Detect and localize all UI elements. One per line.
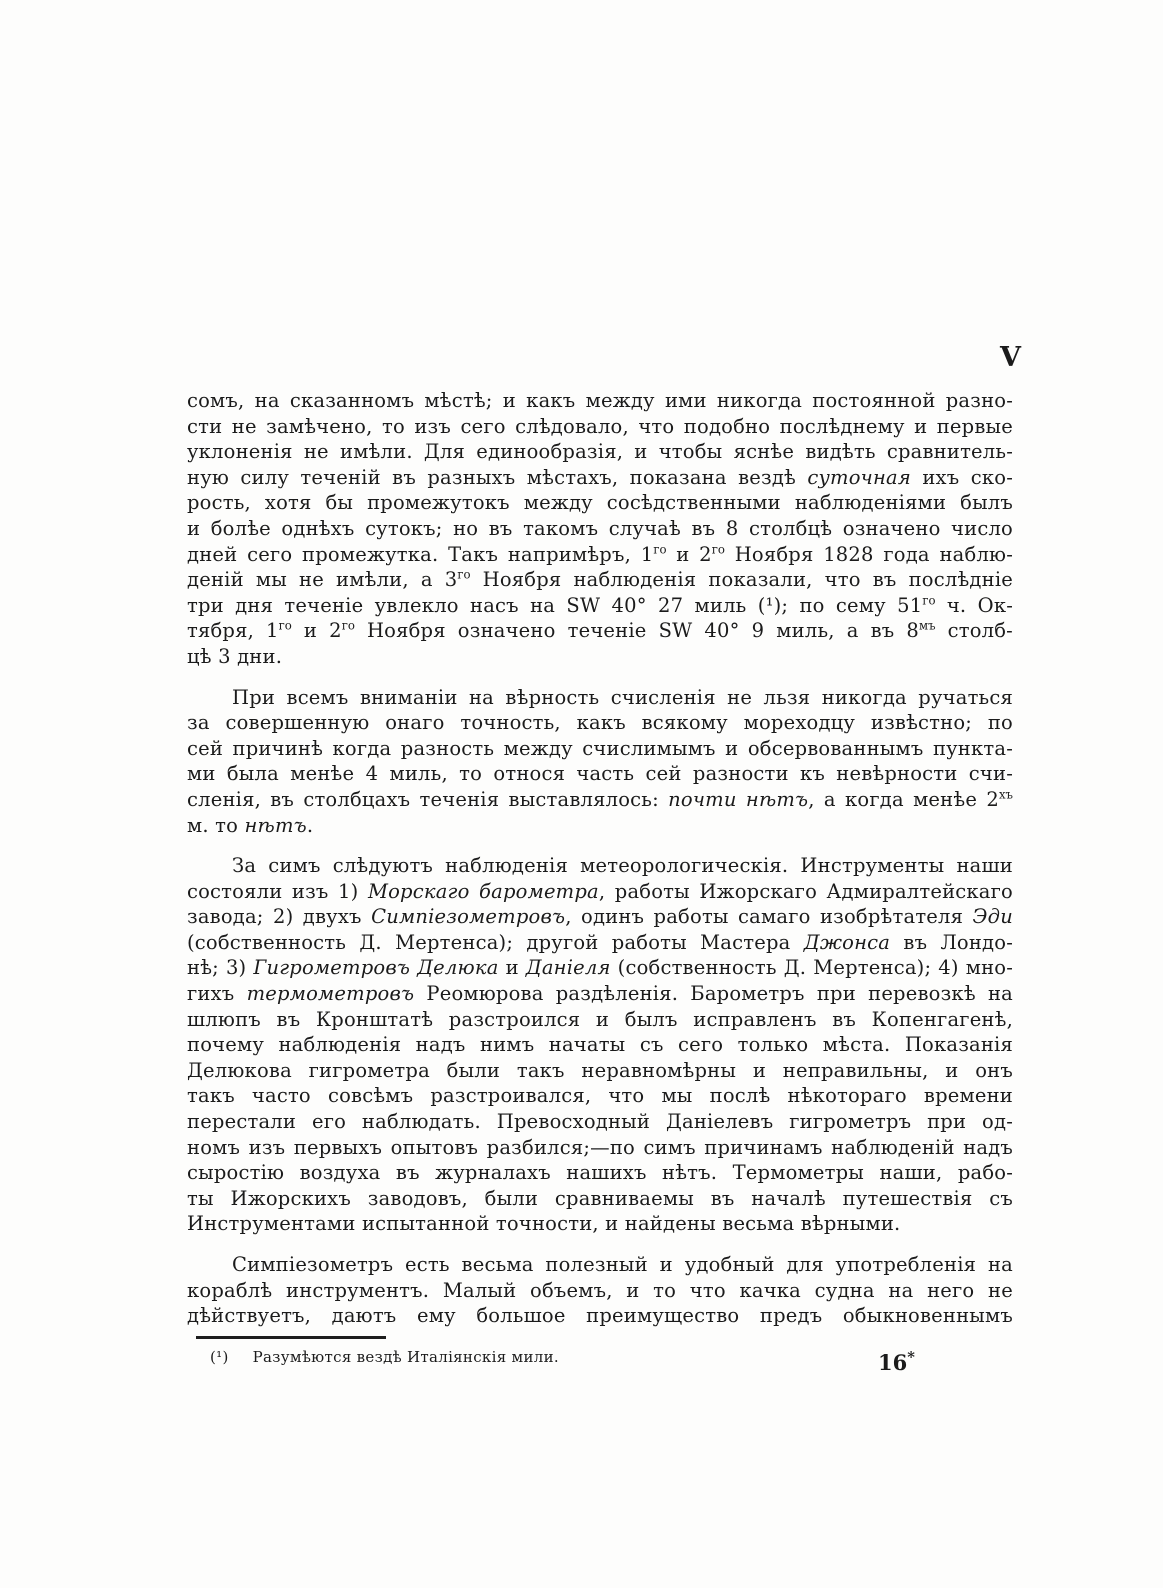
text-line: ты Ижорскихъ заводовъ, были сравниваемы … (187, 1186, 1013, 1212)
text-run: три дня теченіе увлекло насъ на SW 40° 2… (187, 594, 922, 617)
text-line: ную силу теченій въ разныхъ мѣстахъ, пок… (187, 465, 1013, 491)
text-line: тября, 1го и 2го Ноября означено теченіе… (187, 618, 1013, 644)
text-line: перестали его наблюдать. Превосходный Да… (187, 1109, 1013, 1135)
text-run: и болѣе однѣхъ сутокъ; но въ такомъ случ… (187, 517, 1013, 540)
text-run: такъ часто совсѣмъ разстроивался, что мы… (187, 1084, 1013, 1107)
italic-run: Даніеля (526, 956, 611, 979)
text-run: завода; 2) двухъ (187, 905, 371, 928)
text-line: номъ изъ первыхъ опытовъ разбился;—по си… (187, 1135, 1013, 1161)
text-line: м. то нѣтъ. (187, 813, 1013, 839)
text-line: уклоненія не имѣли. Для единообразія, и … (187, 439, 1013, 465)
text-run: и 2 (292, 619, 342, 642)
text-line: сти не замѣчено, то изъ сего слѣдовало, … (187, 414, 1013, 440)
text-run: При всемъ вниманіи на вѣрность счисленія… (232, 686, 1013, 709)
italic-run: термометровъ (247, 982, 415, 1005)
text-run: Инструментами испытанной точности, и най… (187, 1212, 900, 1235)
text-line: сыростію воздуха въ журналахъ нашихъ нѣт… (187, 1160, 1013, 1186)
text-run: и (499, 956, 526, 979)
text-run: ми была менѣе 4 миль, то относя часть се… (187, 762, 1013, 785)
text-line: такъ часто совсѣмъ разстроивался, что мы… (187, 1083, 1013, 1109)
text-line: дѣйствуетъ, даютъ ему большое преимущест… (187, 1303, 1013, 1329)
text-line: При всемъ вниманіи на вѣрность счисленія… (187, 685, 1013, 711)
text-run: Ноября наблюденія показали, что въ послѣ… (471, 568, 1013, 591)
italic-run: почти нѣтъ (668, 788, 808, 811)
paragraph: За симъ слѣдуютъ наблюденія метеорологич… (187, 853, 1013, 1237)
text-run: нѣ; 3) (187, 956, 253, 979)
italic-run: Гигрометровъ Делюка (253, 956, 498, 979)
superscript-run: мъ (919, 619, 936, 633)
text-run: Ноября 1828 года наблю- (725, 543, 1013, 566)
text-line: сленія, въ столбцахъ теченія выставлялос… (187, 787, 1013, 813)
scanned-book-page: V сомъ, на сказанномъ мѣстѣ; и какъ межд… (0, 0, 1163, 1588)
superscript-run: го (922, 593, 935, 607)
text-run: . (307, 814, 313, 837)
text-run: столб- (936, 619, 1013, 642)
text-run: ную силу теченій въ разныхъ мѣстахъ, пок… (187, 466, 807, 489)
text-line: рость, хотя бы промежутокъ между сосѣдст… (187, 490, 1013, 516)
paragraph: При всемъ вниманіи на вѣрность счисленія… (187, 685, 1013, 839)
text-run: гихъ (187, 982, 247, 1005)
text-line: За симъ слѣдуютъ наблюденія метеорологич… (187, 853, 1013, 879)
text-run: сленія, въ столбцахъ теченія выставлялос… (187, 788, 668, 811)
page-number: V (1000, 342, 1022, 373)
text-line: ми была менѣе 4 миль, то относя часть се… (187, 761, 1013, 787)
text-run: тября, 1 (187, 619, 279, 642)
superscript-run: го (279, 619, 292, 633)
footnote-marker: (¹) (210, 1348, 229, 1366)
text-run: дней сего промежутка. Такъ напримѣръ, 1 (187, 543, 653, 566)
italic-run: нѣтъ (245, 814, 307, 837)
text-run: дѣйствуетъ, даютъ ему большое преимущест… (187, 1304, 1013, 1327)
text-run: перестали его наблюдать. Превосходный Да… (187, 1110, 1013, 1133)
italic-run: Джонса (804, 931, 890, 954)
superscript-run: хъ (999, 787, 1013, 801)
text-run: , а когда менѣе 2 (808, 788, 999, 811)
text-run: ихъ ско- (911, 466, 1013, 489)
text-line: состояли изъ 1) Морскаго барометра, рабо… (187, 879, 1013, 905)
text-run: шлюпъ въ Кронштатѣ разстроился и былъ ис… (187, 1008, 1013, 1031)
text-line: и болѣе однѣхъ сутокъ; но въ такомъ случ… (187, 516, 1013, 542)
text-line: кораблѣ инструментъ. Малый объемъ, и то … (187, 1278, 1013, 1304)
text-line: три дня теченіе увлекло насъ на SW 40° 2… (187, 593, 1013, 619)
text-run: За симъ слѣдуютъ наблюденія метеорологич… (232, 854, 1013, 877)
footnote-text: Разумѣются вездѣ Италіянскія мили. (253, 1348, 559, 1366)
text-run: сти не замѣчено, то изъ сего слѣдовало, … (187, 415, 1013, 438)
text-run: въ Лондо- (890, 931, 1013, 954)
text-line: шлюпъ въ Кронштатѣ разстроился и былъ ис… (187, 1007, 1013, 1033)
text-line: завода; 2) двухъ Симпіезометровъ, одинъ … (187, 904, 1013, 930)
text-run: и 2 (667, 543, 712, 566)
text-run: рость, хотя бы промежутокъ между сосѣдст… (187, 491, 1013, 514)
footnote: (¹)Разумѣются вездѣ Италіянскія мили. (210, 1348, 559, 1366)
text-run: кораблѣ инструментъ. Малый объемъ, и то … (187, 1279, 1013, 1302)
text-line: сомъ, на сказанномъ мѣстѣ; и какъ между … (187, 388, 1013, 414)
text-line: гихъ термометровъ Реомюрова раздѣленія. … (187, 981, 1013, 1007)
italic-run: Эди (973, 905, 1013, 928)
superscript-run: го (712, 542, 725, 556)
text-run: ты Ижорскихъ заводовъ, были сравниваемы … (187, 1187, 1013, 1210)
text-run: (собственность Д. Мертенса); 4) мно- (611, 956, 1013, 979)
text-run: , одинъ работы самаго изобрѣтателя (565, 905, 972, 928)
text-line: (собственность Д. Мертенса); другой рабо… (187, 930, 1013, 956)
text-run: сей причинѣ когда разность между счислим… (187, 737, 1013, 760)
italic-run: Морскаго барометра (368, 880, 599, 903)
paragraph: сомъ, на сказанномъ мѣстѣ; и какъ между … (187, 388, 1013, 670)
text-run: м. то (187, 814, 245, 837)
text-line: Инструментами испытанной точности, и най… (187, 1211, 1013, 1237)
text-line: цѣ 3 дни. (187, 644, 1013, 670)
text-run: номъ изъ первыхъ опытовъ разбился;—по си… (187, 1136, 1013, 1159)
text-run: сыростію воздуха въ журналахъ нашихъ нѣт… (187, 1161, 1013, 1184)
signature-mark: 16* (878, 1350, 915, 1375)
signature-star: * (907, 1349, 915, 1366)
text-run: деній мы не имѣли, а 3 (187, 568, 457, 591)
footnote-separator-rule (196, 1336, 386, 1339)
superscript-run: го (457, 568, 470, 582)
superscript-run: го (653, 542, 666, 556)
text-run: Симпіезометръ есть весьма полезный и удо… (232, 1253, 1013, 1276)
text-line: дней сего промежутка. Такъ напримѣръ, 1г… (187, 542, 1013, 568)
text-run: почему наблюденія надъ нимъ начаты съ се… (187, 1033, 1013, 1056)
text-run: за совершенную онаго точность, какъ всяк… (187, 711, 1013, 734)
text-line: Делюкова гигрометра были такъ неравномѣр… (187, 1058, 1013, 1084)
text-run: (собственность Д. Мертенса); другой рабо… (187, 931, 804, 954)
text-line: Симпіезометръ есть весьма полезный и удо… (187, 1252, 1013, 1278)
text-run: , работы Ижорскаго Адмиралтейскаго (599, 880, 1013, 903)
text-line: нѣ; 3) Гигрометровъ Делюка и Даніеля (со… (187, 955, 1013, 981)
text-line: почему наблюденія надъ нимъ начаты съ се… (187, 1032, 1013, 1058)
text-run: ч. Ок- (936, 594, 1013, 617)
text-run: состояли изъ 1) (187, 880, 368, 903)
italic-run: Симпіезометровъ (371, 905, 565, 928)
text-run: уклоненія не имѣли. Для единообразія, и … (187, 440, 1013, 463)
text-run: Делюкова гигрометра были такъ неравномѣр… (187, 1059, 1013, 1082)
text-line: сей причинѣ когда разность между счислим… (187, 736, 1013, 762)
italic-run: суточная (807, 466, 911, 489)
superscript-run: го (342, 619, 355, 633)
signature-number: 16 (878, 1350, 907, 1375)
paragraph: Симпіезометръ есть весьма полезный и удо… (187, 1252, 1013, 1329)
text-line: за совершенную онаго точность, какъ всяк… (187, 710, 1013, 736)
text-run: сомъ, на сказанномъ мѣстѣ; и какъ между … (187, 389, 1013, 412)
text-run: цѣ 3 дни. (187, 645, 282, 668)
text-run: Реомюрова раздѣленія. Барометръ при пере… (414, 982, 1013, 1005)
text-line: деній мы не имѣли, а 3го Ноября наблюден… (187, 567, 1013, 593)
text-block: сомъ, на сказанномъ мѣстѣ; и какъ между … (187, 388, 1013, 1329)
text-run: Ноября означено теченіе SW 40° 9 миль, а… (355, 619, 919, 642)
